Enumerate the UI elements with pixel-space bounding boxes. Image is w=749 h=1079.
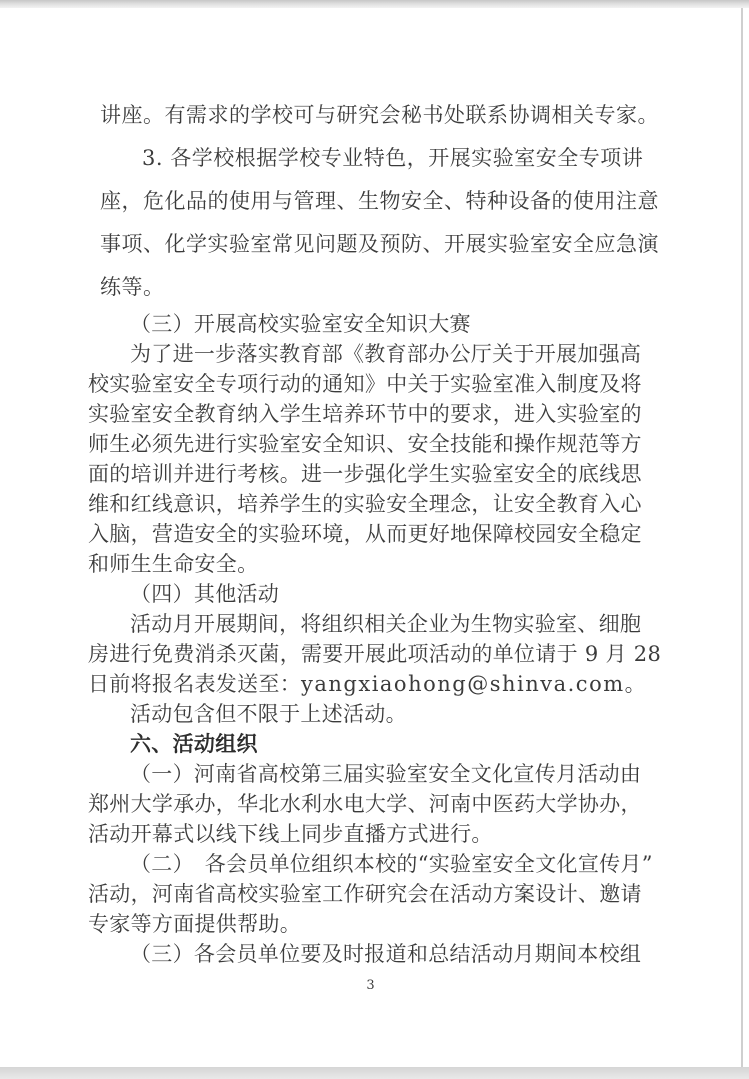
doc-line: 活动开幕式以线下线上同步直播方式进行。 xyxy=(88,819,648,849)
paragraph-block-body: （三）开展高校实验室安全知识大赛 为了进一步落实教育部《教育部办公厅关于开展加强… xyxy=(88,309,648,969)
paragraph-block-intro: 讲座。有需求的学校可与研究会秘书处联系协调相关专家。 3. 各学校根据学校专业特… xyxy=(100,94,660,309)
doc-line: 实验室安全教育纳入学生培养环节中的要求，进入实验室的 xyxy=(88,399,648,429)
email-line-suffix: 。 xyxy=(625,672,646,696)
subsection-heading-other-activities: （四）其他活动 xyxy=(88,579,648,609)
doc-line: 练等。 xyxy=(100,266,660,309)
doc-line: 活动，河南省高校实验室工作研究会在活动方案设计、邀请 xyxy=(88,879,648,909)
subsection-heading-knowledge-contest: （三）开展高校实验室安全知识大赛 xyxy=(88,309,648,339)
doc-line-email: 日前将报名表发送至：yangxiaohong@shinva.com。 xyxy=(88,669,648,699)
doc-line: 3. 各学校根据学校专业特色，开展实验室安全专项讲 xyxy=(100,137,660,180)
doc-line: 专家等方面提供帮助。 xyxy=(88,909,648,939)
doc-line: （一）河南省高校第三届实验室安全文化宣传月活动由 xyxy=(88,759,648,789)
document-page: 讲座。有需求的学校可与研究会秘书处联系协调相关专家。 3. 各学校根据学校专业特… xyxy=(0,8,741,1067)
page-number: 3 xyxy=(0,978,741,993)
page-gap-top-shadow xyxy=(0,0,749,8)
page-right-edge xyxy=(741,8,743,1067)
doc-line: （三）各会员单位要及时报道和总结活动月期间本校组 xyxy=(88,939,648,969)
doc-line: 面的培训并进行考核。进一步强化学生实验室安全的底线思 xyxy=(88,459,648,489)
doc-line: 入脑，营造安全的实验环境，从而更好地保障校园安全稳定 xyxy=(88,519,648,549)
doc-line: 活动包含但不限于上述活动。 xyxy=(88,699,648,729)
email-address: yangxiaohong@shinva.com xyxy=(301,672,625,696)
doc-line: 事项、化学实验室常见问题及预防、开展实验室安全应急演 xyxy=(100,223,660,266)
doc-line: 维和红线意识，培养学生的实验安全理念，让安全教育入心 xyxy=(88,489,648,519)
doc-line: 和师生生命安全。 xyxy=(88,549,648,579)
page-gap-bottom-shadow xyxy=(0,1067,749,1079)
doc-line: 校实验室安全专项行动的通知》中关于实验室准入制度及将 xyxy=(88,369,648,399)
doc-line: 为了进一步落实教育部《教育部办公厅关于开展加强高 xyxy=(88,339,648,369)
section-heading-activity-organization: 六、活动组织 xyxy=(88,729,648,759)
doc-line: 讲座。有需求的学校可与研究会秘书处联系协调相关专家。 xyxy=(100,94,660,137)
email-line-prefix: 日前将报名表发送至： xyxy=(88,672,301,696)
doc-line: 座，危化品的使用与管理、生物安全、特种设备的使用注意 xyxy=(100,180,660,223)
doc-line: 师生必须先进行实验室安全知识、安全技能和操作规范等方 xyxy=(88,429,648,459)
doc-line: 活动月开展期间，将组织相关企业为生物实验室、细胞 xyxy=(88,609,648,639)
doc-line: 郑州大学承办，华北水利水电大学、河南中医药大学协办， xyxy=(88,789,648,819)
doc-line: 房进行免费消杀灭菌，需要开展此项活动的单位请于 9 月 28 xyxy=(88,639,648,669)
doc-line: （二） 各会员单位组织本校的“实验室安全文化宣传月” xyxy=(88,849,648,879)
